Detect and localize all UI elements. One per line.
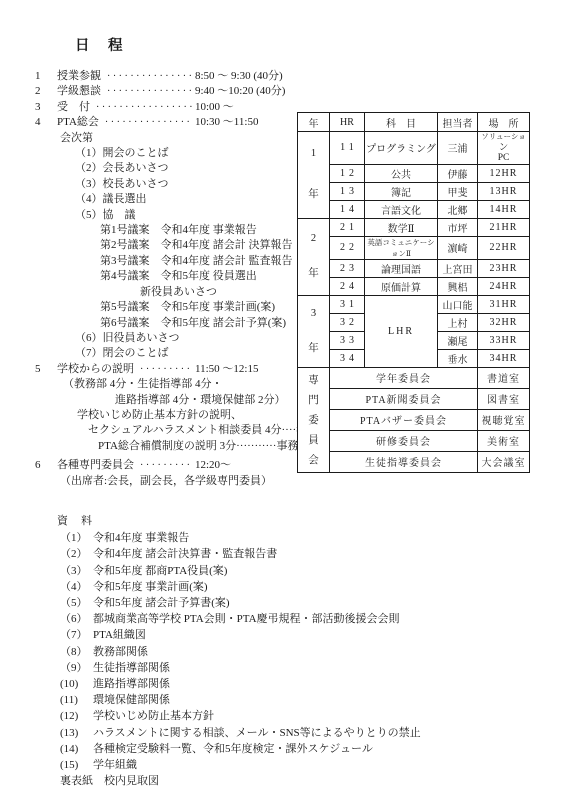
document-item-number: （6）	[60, 611, 93, 627]
dot-leader: ········································…	[90, 100, 193, 115]
schedule-item-number: 5	[35, 362, 57, 377]
documents-heading: 資 料	[57, 513, 566, 529]
hr-cell: 24	[330, 277, 365, 295]
document-item: （6）都城商業高等学校 PTA会則・PTA慶弔規程・部活動後援会会則	[57, 611, 566, 627]
document-item-number: （3）	[60, 563, 93, 579]
schedule-item-number: 1	[35, 69, 57, 84]
schedule-item-time: 10:00 ～	[195, 100, 234, 115]
document-item-text: 学年組織	[93, 757, 137, 773]
document-item-text: 各種検定受験料一覧、令和5年度検定・課外スケジュール	[93, 741, 373, 757]
hr-cell: 22	[330, 236, 365, 259]
subject-cell: 数学Ⅱ	[365, 218, 438, 236]
proposal-line: 第3号議案 令和4年度 諸会計 監査報告	[35, 254, 315, 269]
place-cell: 12HR	[478, 164, 530, 182]
proposal-line: 第5号議案 令和5年度 事業計画(案)	[35, 300, 315, 315]
schedule-item-label: PTA総会	[57, 115, 99, 130]
subject-cell: 原価計算	[365, 277, 438, 295]
agenda-line: （6）旧役員あいさつ	[35, 331, 315, 346]
teacher-cell: 三浦	[438, 132, 478, 165]
committee-label-char: 員	[308, 432, 319, 447]
place-cell: 23HR	[478, 259, 530, 277]
document-item: (15)学年組織	[57, 757, 566, 773]
agenda-heading: 会次第	[35, 131, 315, 146]
agenda-line: （5）協 議	[35, 208, 315, 223]
document-item-number: (10)	[60, 676, 93, 692]
teacher-cell: 北郷	[438, 200, 478, 218]
committee-row: PTA新聞委員会 図書室	[298, 388, 530, 409]
dot-leader: ········································…	[101, 84, 193, 99]
timetable-row: 12 公共 伊藤 12HR	[298, 164, 530, 182]
place-cell: 32HR	[478, 313, 530, 331]
committee-row: 生徒指導委員会 大会議室	[298, 451, 530, 472]
place-cell: 22HR	[478, 236, 530, 259]
explain-note-line: （教務部 4分・生徒指導部 4分・	[35, 377, 315, 392]
document-item: （8）教務部関係	[57, 644, 566, 660]
document-item-text: 都城商業高等学校 PTA会則・PTA慶弔規程・部活動後援会会則	[93, 611, 400, 627]
teacher-cell: 伊藤	[438, 164, 478, 182]
attendees-note: （出席者:会長，副会長，各学級専門委員）	[35, 474, 315, 489]
teacher-cell: 市坪	[438, 218, 478, 236]
document-item: （7）PTA組織図	[57, 627, 566, 643]
schedule-item-label: 授業参観	[57, 69, 101, 84]
schedule-item-number: 4	[35, 115, 57, 130]
teacher-cell: 甲斐	[438, 182, 478, 200]
document-item: （2）令和4年度 諸会計決算書・監査報告書	[57, 546, 566, 562]
committee-name-cell: 生徒指導委員会	[330, 451, 478, 472]
timetable-row: 13 簿記 甲斐 13HR	[298, 182, 530, 200]
committee-label-char: 委	[308, 412, 319, 427]
teacher-cell: 上村	[438, 313, 478, 331]
schedule-item-time: 8:50 ～ 9:30 (40分)	[195, 69, 283, 84]
document-item-number: （5）	[60, 595, 93, 611]
place-cell: 14HR	[478, 200, 530, 218]
committee-place-cell: 大会議室	[478, 451, 530, 472]
schedule-item-left: 3受 付····································…	[35, 100, 193, 115]
teacher-cell: 興梠	[438, 277, 478, 295]
document-item: (10)進路指導部関係	[57, 676, 566, 692]
document-item-number: （4）	[60, 579, 93, 595]
year-char: 1	[311, 148, 316, 159]
year-char: 年	[308, 186, 319, 201]
schedule-item-left: 4PTA総会··································…	[35, 115, 193, 130]
header-place: 場 所	[478, 113, 530, 132]
hr-cell: 11	[330, 132, 365, 165]
agenda-line: （2）会長あいさつ	[35, 161, 315, 176]
header-year: 年	[298, 113, 330, 132]
schedule-item-time: 12:20～	[195, 458, 231, 473]
document-item-text: PTA組織図	[93, 627, 146, 643]
subject-cell: 言語文化	[365, 200, 438, 218]
schedule-item-time: 11:50 ～12:15	[195, 362, 258, 377]
explain-note-line: セクシュアルハラスメント相談委員 4分····教頭	[35, 423, 315, 438]
committee-label-char: 門	[308, 392, 319, 407]
document-item-number: （1）	[60, 530, 93, 546]
document-item: (12)学校いじめ防止基本方針	[57, 708, 566, 724]
document-item-number: （8）	[60, 644, 93, 660]
document-item-number: (14)	[60, 741, 93, 757]
schedule-item-time: 10:30 ～11:50	[195, 115, 258, 130]
timetable-row: 14 言語文化 北郷 14HR	[298, 200, 530, 218]
committee-row: PTAバザー委員会 視聴覚室	[298, 409, 530, 430]
agenda-line: （1）開会のことば	[35, 146, 315, 161]
document-item: （1）令和4年度 事業報告	[57, 530, 566, 546]
schedule-item-label: 各種専門委員会	[57, 458, 134, 473]
proposal-line: 第1号議案 令和4年度 事業報告	[35, 223, 315, 238]
hr-cell: 12	[330, 164, 365, 182]
document-item-text: 令和4年度 諸会計決算書・監査報告書	[93, 546, 277, 562]
place-cell: 34HR	[478, 349, 530, 367]
document-item: （4）令和5年度 事業計画(案)	[57, 579, 566, 595]
dot-leader: ········································…	[101, 69, 193, 84]
committee-place-cell: 書道室	[478, 367, 530, 388]
document-item-text: 進路指導部関係	[93, 676, 170, 692]
teacher-cell: 瀬尾	[438, 331, 478, 349]
committee-place-cell: 視聴覚室	[478, 409, 530, 430]
timetable-row: 2年 21 数学Ⅱ 市坪 21HR	[298, 218, 530, 236]
document-page: 日 程 1授業参観·······························…	[0, 0, 566, 800]
committee-group-label: 専門委員会	[298, 367, 330, 472]
subject-cell: 簿記	[365, 182, 438, 200]
document-item-text: 令和5年度 事業計画(案)	[93, 579, 208, 595]
schedule-item: 1授業参観···································…	[35, 69, 315, 84]
timetable-header-row: 年 HR 科 目 担当者 場 所	[298, 113, 530, 132]
document-item-text: 環境保健部関係	[93, 692, 170, 708]
proposal-line: 第6号議案 令和5年度 諸会計予算(案)	[35, 316, 315, 331]
place-cell: 31HR	[478, 295, 530, 313]
schedule-item-label: 学級懇談	[57, 84, 101, 99]
year-group-label: 1年	[298, 132, 330, 219]
committee-name-cell: 学年委員会	[330, 367, 478, 388]
header-teacher: 担当者	[438, 113, 478, 132]
teacher-cell: 上宮田	[438, 259, 478, 277]
timetable-row: 1年 11 プログラミング 三浦 ソリューション PC	[298, 132, 530, 165]
schedule-item: 2学級懇談···································…	[35, 84, 315, 99]
header-hr: HR	[330, 113, 365, 132]
committee-place-cell: 図書室	[478, 388, 530, 409]
committee-name-cell: PTAバザー委員会	[330, 409, 478, 430]
hr-cell: 33	[330, 331, 365, 349]
document-item: (11)環境保健部関係	[57, 692, 566, 708]
explain-note-line: 進路指導部 4分・環境保健部 2分）	[35, 393, 315, 408]
document-item-text: 令和5年度 諸会計予算書(案)	[93, 595, 230, 611]
committee-name-cell: PTA新聞委員会	[330, 388, 478, 409]
document-item-number: (15)	[60, 757, 93, 773]
committee-row: 研修委員会 美術室	[298, 430, 530, 451]
document-item-text: 教務部関係	[93, 644, 148, 660]
document-item-number: （7）	[60, 627, 93, 643]
document-item-text: 令和4年度 事業報告	[93, 530, 189, 546]
hr-cell: 32	[330, 313, 365, 331]
schedule-item-left: 1授業参観···································…	[35, 69, 193, 84]
timetable: 年 HR 科 目 担当者 場 所 1年 11 プログラミング 三浦 ソリューショ…	[297, 112, 530, 473]
place-cell: 13HR	[478, 182, 530, 200]
agenda-line: （3）校長あいさつ	[35, 177, 315, 192]
header-subject: 科 目	[365, 113, 438, 132]
documents-section: 資 料 （1）令和4年度 事業報告 （2）令和4年度 諸会計決算書・監査報告書 …	[57, 513, 566, 789]
proposal-line: 第2号議案 令和4年度 諸会計 決算報告	[35, 238, 315, 253]
year-char: 3	[311, 308, 316, 319]
back-cover-note: 裏表紙 校内見取図	[57, 773, 566, 789]
page-title: 日 程	[75, 34, 566, 55]
document-item: （3）令和5年度 都商PTA役員(案)	[57, 563, 566, 579]
hr-cell: 31	[330, 295, 365, 313]
explain-note-line: PTA総合補償制度の説明 3分···········事務	[35, 439, 315, 454]
subject-cell: LHR	[365, 295, 438, 367]
schedule-item: 6各種専門委員会································…	[35, 458, 315, 473]
document-item-text: ハラスメントに関する相談、メール・SNS等によるやりとりの禁止	[93, 725, 421, 741]
proposal-note-line: 新役員あいさつ	[35, 285, 315, 300]
place-cell: 33HR	[478, 331, 530, 349]
hr-cell: 13	[330, 182, 365, 200]
committee-row: 専門委員会 学年委員会 書道室	[298, 367, 530, 388]
year-group-label: 2年	[298, 218, 330, 295]
schedule-item-label: 受 付	[57, 100, 90, 115]
committee-place-cell: 美術室	[478, 430, 530, 451]
schedule-item-left: 6各種専門委員会································…	[35, 458, 193, 473]
explain-note-line: 学校いじめ防止基本方針の説明、	[35, 408, 315, 423]
hr-cell: 21	[330, 218, 365, 236]
year-char: 年	[308, 340, 319, 355]
year-char: 2	[311, 233, 316, 244]
schedule-item-label: 学校からの説明	[57, 362, 134, 377]
schedule-item-time: 9:40 ～10:20 (40分)	[195, 84, 285, 99]
document-item-number: (12)	[60, 708, 93, 724]
subject-cell: 英語コミュニケーションⅡ	[365, 236, 438, 259]
schedule-item: 3受 付····································…	[35, 100, 315, 115]
year-char: 年	[308, 265, 319, 280]
teacher-cell: 山口能	[438, 295, 478, 313]
timetable-row: 24 原価計算 興梠 24HR	[298, 277, 530, 295]
hr-cell: 23	[330, 259, 365, 277]
subject-cell: プログラミング	[365, 132, 438, 165]
schedule-item-number: 3	[35, 100, 57, 115]
subject-cell: 公共	[365, 164, 438, 182]
agenda-line: （4）議長選出	[35, 192, 315, 207]
hr-cell: 14	[330, 200, 365, 218]
teacher-cell: 濵崎	[438, 236, 478, 259]
schedule-item-number: 6	[35, 458, 57, 473]
timetable-row: 22 英語コミュニケーションⅡ 濵崎 22HR	[298, 236, 530, 259]
committee-name-cell: 研修委員会	[330, 430, 478, 451]
document-item-number: （2）	[60, 546, 93, 562]
committee-label-char: 専	[308, 372, 319, 387]
document-item-number: （9）	[60, 660, 93, 676]
document-item-text: 令和5年度 都商PTA役員(案)	[93, 563, 227, 579]
teacher-cell: 垂水	[438, 349, 478, 367]
schedule-section: 1授業参観···································…	[35, 69, 315, 489]
document-item: （9）生徒指導部関係	[57, 660, 566, 676]
year-group-label: 3年	[298, 295, 330, 367]
hr-cell: 34	[330, 349, 365, 367]
schedule-item: 5学校からの説明································…	[35, 362, 315, 377]
schedule-item-number: 2	[35, 84, 57, 99]
dot-leader: ········································…	[134, 362, 193, 377]
document-item: (13)ハラスメントに関する相談、メール・SNS等によるやりとりの禁止	[57, 725, 566, 741]
place-cell: ソリューション PC	[478, 132, 530, 165]
document-item-number: (13)	[60, 725, 93, 741]
timetable-row: 3年 31 LHR 山口能 31HR	[298, 295, 530, 313]
schedule-item-left: 2学級懇談···································…	[35, 84, 193, 99]
document-item-number: (11)	[60, 692, 93, 708]
committee-label-char: 会	[308, 452, 319, 467]
subject-cell: 論理国語	[365, 259, 438, 277]
dot-leader: ········································…	[99, 115, 193, 130]
agenda-line: （7）閉会のことば	[35, 346, 315, 361]
place-cell: 24HR	[478, 277, 530, 295]
document-item-text: 生徒指導部関係	[93, 660, 170, 676]
place-cell: 21HR	[478, 218, 530, 236]
timetable-row: 23 論理国語 上宮田 23HR	[298, 259, 530, 277]
document-item-text: 学校いじめ防止基本方針	[93, 708, 214, 724]
schedule-item: 4PTA総会··································…	[35, 115, 315, 130]
proposal-line: 第4号議案 令和5年度 役員選出	[35, 269, 315, 284]
schedule-item-left: 5学校からの説明································…	[35, 362, 193, 377]
dot-leader: ········································…	[134, 458, 193, 473]
document-item: （5）令和5年度 諸会計予算書(案)	[57, 595, 566, 611]
document-item: (14)各種検定受験料一覧、令和5年度検定・課外スケジュール	[57, 741, 566, 757]
